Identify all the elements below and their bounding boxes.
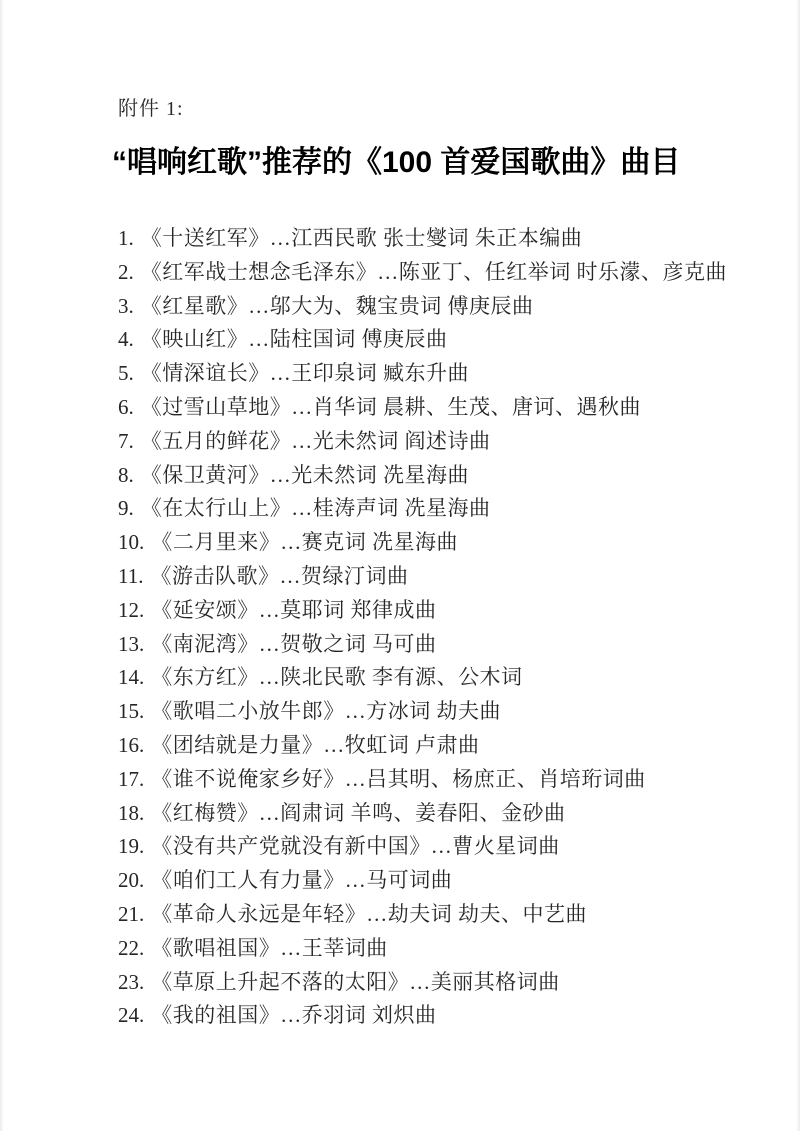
song-credits: …王莘词曲 — [280, 936, 388, 960]
attachment-label: 附件 1: — [118, 92, 184, 121]
song-number: 6. — [118, 391, 134, 425]
song-credits: …陕北民歌 李有源、公木词 — [259, 665, 523, 689]
song-number: 7. — [118, 425, 134, 459]
song-title: 《咱们工人有力量》 — [151, 868, 345, 892]
song-title: 《保卫黄河》 — [141, 463, 270, 487]
song-title: 《映山红》 — [141, 327, 249, 351]
song-title: 《延安颂》 — [151, 598, 259, 622]
song-list-item: 12.《延安颂》…莫耶词 郑律成曲 — [118, 594, 727, 628]
song-number: 24. — [118, 999, 144, 1033]
song-list-item: 7.《五月的鲜花》…光未然词 阎述诗曲 — [118, 425, 727, 459]
song-credits: …美丽其格词曲 — [409, 970, 560, 994]
song-list-item: 1.《十送红军》…江西民歌 张士燮词 朱正本编曲 — [118, 222, 727, 256]
document-page: 附件 1: “唱响红歌”推荐的《100 首爱国歌曲》曲目 1.《十送红军》…江西… — [0, 0, 800, 1131]
song-list-item: 19.《没有共产党就没有新中国》…曹火星词曲 — [118, 830, 727, 864]
song-credits: …牧虹词 卢肃曲 — [323, 733, 479, 757]
song-list-item: 4.《映山红》…陆柱国词 傅庚辰曲 — [118, 323, 727, 357]
song-credits: …阎肃词 羊鸣、姜春阳、金砂曲 — [259, 801, 566, 825]
song-title: 《十送红军》 — [141, 226, 270, 250]
song-title: 《游击队歌》 — [150, 564, 279, 588]
song-title: 《革命人永远是年轻》 — [151, 902, 366, 926]
song-title: 《二月里来》 — [151, 530, 280, 554]
song-list-item: 6.《过雪山草地》…肖华词 晨耕、生茂、唐诃、遇秋曲 — [118, 391, 727, 425]
song-number: 23. — [118, 966, 144, 1000]
song-credits: …贺绿汀词曲 — [279, 564, 408, 588]
song-list-item: 16.《团结就是力量》…牧虹词 卢肃曲 — [118, 729, 727, 763]
song-list-item: 5.《情深谊长》…王印泉词 臧东升曲 — [118, 357, 727, 391]
song-title: 《我的祖国》 — [151, 1003, 280, 1027]
song-list-item: 20.《咱们工人有力量》…马可词曲 — [118, 864, 727, 898]
song-credits: …马可词曲 — [345, 868, 453, 892]
song-list-item: 22.《歌唱祖国》…王莘词曲 — [118, 932, 727, 966]
song-number: 16. — [118, 729, 144, 763]
song-credits: …光未然词 阎述诗曲 — [291, 429, 490, 453]
song-list-item: 21.《革命人永远是年轻》…劫夫词 劫夫、中艺曲 — [118, 898, 727, 932]
song-credits: …邬大为、魏宝贵词 傅庚辰曲 — [248, 294, 533, 318]
song-number: 17. — [118, 763, 144, 797]
song-number: 5. — [118, 357, 134, 391]
song-credits: …江西民歌 张士燮词 朱正本编曲 — [270, 226, 583, 250]
song-list: 1.《十送红军》…江西民歌 张士燮词 朱正本编曲 2.《红军战士想念毛泽东》…陈… — [118, 222, 727, 1033]
song-title: 《东方红》 — [151, 665, 259, 689]
song-number: 10. — [118, 526, 144, 560]
song-number: 11. — [118, 560, 143, 594]
song-credits: …乔羽词 刘炽曲 — [280, 1003, 436, 1027]
song-title: 《歌唱祖国》 — [151, 936, 280, 960]
song-list-item: 9.《在太行山上》…桂涛声词 冼星海曲 — [118, 492, 727, 526]
song-credits: …陆柱国词 傅庚辰曲 — [248, 327, 447, 351]
song-credits: …陈亚丁、任红举词 时乐濛、彦克曲 — [377, 260, 727, 284]
song-number: 18. — [118, 797, 144, 831]
song-list-item: 14.《东方红》…陕北民歌 李有源、公木词 — [118, 661, 727, 695]
song-title: 《草原上升起不落的太阳》 — [151, 970, 409, 994]
song-title: 《红军战士想念毛泽东》 — [141, 260, 378, 284]
song-title: 《情深谊长》 — [141, 361, 270, 385]
song-credits: …光未然词 冼星海曲 — [270, 463, 469, 487]
song-list-item: 24.《我的祖国》…乔羽词 刘炽曲 — [118, 999, 727, 1033]
song-title: 《南泥湾》 — [151, 632, 259, 656]
song-number: 19. — [118, 830, 144, 864]
song-number: 9. — [118, 492, 134, 526]
song-list-item: 15.《歌唱二小放牛郎》…方冰词 劫夫曲 — [118, 695, 727, 729]
song-credits: …王印泉词 臧东升曲 — [270, 361, 469, 385]
song-title: 《团结就是力量》 — [151, 733, 323, 757]
song-credits: …贺敬之词 马可曲 — [259, 632, 437, 656]
song-title: 《在太行山上》 — [141, 496, 292, 520]
song-credits: …方冰词 劫夫曲 — [345, 699, 501, 723]
song-list-item: 2.《红军战士想念毛泽东》…陈亚丁、任红举词 时乐濛、彦克曲 — [118, 256, 727, 290]
song-credits: …赛克词 冼星海曲 — [280, 530, 458, 554]
song-list-item: 3.《红星歌》…邬大为、魏宝贵词 傅庚辰曲 — [118, 290, 727, 324]
song-number: 3. — [118, 290, 134, 324]
song-number: 13. — [118, 628, 144, 662]
song-title: 《没有共产党就没有新中国》 — [151, 834, 431, 858]
song-number: 4. — [118, 323, 134, 357]
song-credits: …吕其明、杨庶正、肖培珩词曲 — [345, 767, 646, 791]
song-credits: …曹火星词曲 — [431, 834, 560, 858]
song-list-item: 17.《谁不说俺家乡好》…吕其明、杨庶正、肖培珩词曲 — [118, 763, 727, 797]
song-title: 《歌唱二小放牛郎》 — [151, 699, 345, 723]
song-number: 8. — [118, 459, 134, 493]
song-number: 14. — [118, 661, 144, 695]
song-list-item: 13.《南泥湾》…贺敬之词 马可曲 — [118, 628, 727, 662]
song-list-item: 23.《草原上升起不落的太阳》…美丽其格词曲 — [118, 966, 727, 1000]
song-number: 1. — [118, 222, 134, 256]
song-list-item: 11.《游击队歌》…贺绿汀词曲 — [118, 560, 727, 594]
song-list-item: 8.《保卫黄河》…光未然词 冼星海曲 — [118, 459, 727, 493]
song-list-item: 10.《二月里来》…赛克词 冼星海曲 — [118, 526, 727, 560]
song-number: 2. — [118, 256, 134, 290]
song-credits: …莫耶词 郑律成曲 — [259, 598, 437, 622]
song-title: 《谁不说俺家乡好》 — [151, 767, 345, 791]
song-title: 《过雪山草地》 — [141, 395, 292, 419]
song-list-item: 18.《红梅赞》…阎肃词 羊鸣、姜春阳、金砂曲 — [118, 797, 727, 831]
song-title: 《红梅赞》 — [151, 801, 259, 825]
song-credits: …肖华词 晨耕、生茂、唐诃、遇秋曲 — [291, 395, 641, 419]
song-title: 《五月的鲜花》 — [141, 429, 292, 453]
song-number: 15. — [118, 695, 144, 729]
song-number: 22. — [118, 932, 144, 966]
song-number: 21. — [118, 898, 144, 932]
song-number: 20. — [118, 864, 144, 898]
song-number: 12. — [118, 594, 144, 628]
document-title: “唱响红歌”推荐的《100 首爱国歌曲》曲目 — [112, 141, 680, 185]
song-title: 《红星歌》 — [141, 294, 249, 318]
song-credits: …桂涛声词 冼星海曲 — [291, 496, 490, 520]
song-credits: …劫夫词 劫夫、中艺曲 — [366, 902, 587, 926]
